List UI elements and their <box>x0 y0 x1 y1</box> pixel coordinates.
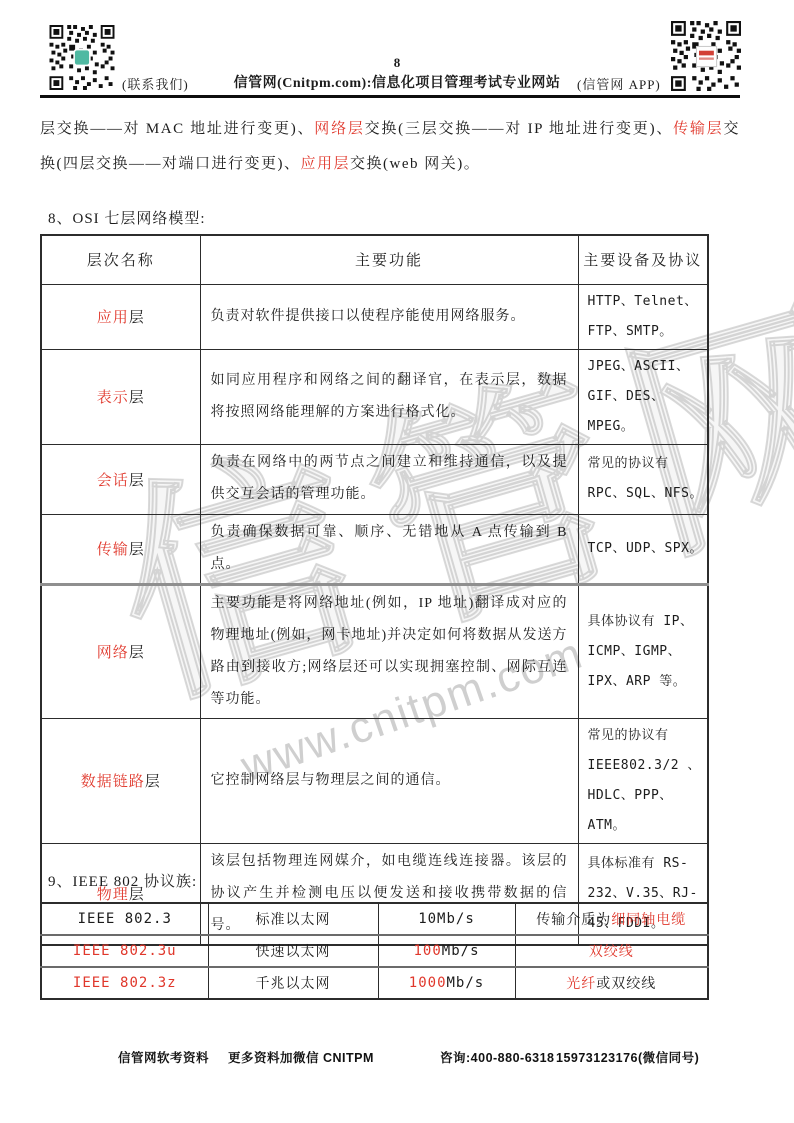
osi-header-function: 主要功能 <box>200 235 578 284</box>
osi-layer-name: 表示层 <box>41 349 200 444</box>
osi-layer-name: 应用层 <box>41 284 200 349</box>
ieee-row-802-3: IEEE 802.3 标准以太网 10Mb/s 传输介质为细同轴电缆 <box>41 903 708 935</box>
document-page: (联系我们) 8 信管网(Cnitpm.com):信息化项目管理考试专业网站 (… <box>0 0 794 1123</box>
layer-name-red: 表示 <box>97 390 129 406</box>
speed-black: Mb/s <box>442 943 480 959</box>
intro-seg: 交换(三层交换――对 IP 地址进行变更)、 <box>365 121 674 137</box>
osi-row-network: 网络层 主要功能是将网络地址(例如，IP 地址)翻译成对应的物理地址(例如，网卡… <box>41 584 708 718</box>
osi-function-cell: 它控制网络层与物理层之间的通信。 <box>200 718 578 843</box>
footer-site-label: 信管网软考资料 <box>118 1048 209 1066</box>
header-divider <box>40 95 740 98</box>
osi-function-cell: 负责对软件提供接口以使程序能使用网络服务。 <box>200 284 578 349</box>
layer-name-red: 网络 <box>97 645 129 661</box>
osi-protocols-cell: TCP、UDP、SPX。 <box>578 514 708 584</box>
osi-protocols-cell: 具体协议有 IP、ICMP、IGMP、IPX、ARP 等。 <box>578 584 708 718</box>
layer-name-suffix: 层 <box>129 390 145 406</box>
osi-row-transport: 传输层 负责确保数据可靠、顺序、无错地从 A 点传输到 B 点。 TCP、UDP… <box>41 514 708 584</box>
osi-layer-name: 网络层 <box>41 584 200 718</box>
medium-prefix: 传输介质为 <box>536 913 611 928</box>
layer-name-red: 数据链路 <box>81 774 145 790</box>
footer-phone: 15973123176(微信同号) <box>556 1048 699 1066</box>
app-qr-code <box>671 20 741 92</box>
osi-layer-name: 数据链路层 <box>41 718 200 843</box>
layer-name-red: 应用 <box>97 310 129 326</box>
speed-red: 1000 <box>409 975 447 991</box>
ieee-speed-cell: 10Mb/s <box>378 903 515 935</box>
layer-name-red: 会话 <box>97 473 129 489</box>
intro-seg-network-layer: 网络层 <box>314 121 364 137</box>
osi-layer-name: 传输层 <box>41 514 200 584</box>
osi-header-layer: 层次名称 <box>41 235 200 284</box>
ieee-802-table: IEEE 802.3 标准以太网 10Mb/s 传输介质为细同轴电缆 IEEE … <box>40 902 709 1000</box>
ieee-name-cell: 千兆以太网 <box>208 967 378 999</box>
osi-function-cell: 负责在网络中的两节点之间建立和维持通信，以及提供交互会话的管理功能。 <box>200 444 578 514</box>
medium-red: 双绞线 <box>589 945 634 960</box>
medium-red: 细同轴电缆 <box>611 913 686 928</box>
layer-name-suffix: 层 <box>129 645 145 661</box>
qr-logo-red-sub <box>699 57 714 59</box>
osi-row-presentation: 表示层 如同应用程序和网络之间的翻译官，在表示层，数据将按照网络能理解的方案进行… <box>41 349 708 444</box>
intro-seg: 交换(web 网关)。 <box>350 156 480 172</box>
qr-logo-frame <box>696 46 716 66</box>
speed-black: 10Mb/s <box>418 911 475 927</box>
footer-wechat-label: 更多资料加微信 CNITPM <box>228 1048 374 1066</box>
app-caption: (信管网 APP) <box>577 74 661 93</box>
ieee-name-cell: 标准以太网 <box>208 903 378 935</box>
osi-row-session: 会话层 负责在网络中的两节点之间建立和维持通信，以及提供交互会话的管理功能。 常… <box>41 444 708 514</box>
ieee-medium-cell: 双绞线 <box>515 935 708 967</box>
layer-name-red: 传输 <box>97 542 129 558</box>
footer-hotline: 咨询:400-880-6318 <box>440 1048 555 1066</box>
ieee-speed-cell: 100Mb/s <box>378 935 515 967</box>
section-8-heading: 8、OSI 七层网络模型: <box>48 207 206 228</box>
ieee-medium-cell: 传输介质为细同轴电缆 <box>515 903 708 935</box>
speed-red: 100 <box>413 943 441 959</box>
intro-seg-transport-layer: 传输层 <box>673 121 723 137</box>
osi-function-cell: 如同应用程序和网络之间的翻译官，在表示层，数据将按照网络能理解的方案进行格式化。 <box>200 349 578 444</box>
osi-header-row: 层次名称 主要功能 主要设备及协议 <box>41 235 708 284</box>
section-9-heading: 9、IEEE 802 协议族: <box>48 870 197 891</box>
osi-layer-name: 会话层 <box>41 444 200 514</box>
ieee-standard-cell: IEEE 802.3 <box>41 903 208 935</box>
ieee-speed-cell: 1000Mb/s <box>378 967 515 999</box>
speed-black: Mb/s <box>447 975 485 991</box>
ieee-row-802-3z: IEEE 802.3z 千兆以太网 1000Mb/s 光纤或双绞线 <box>41 967 708 999</box>
layer-name-suffix: 层 <box>129 310 145 326</box>
osi-table: 层次名称 主要功能 主要设备及协议 应用层 负责对软件提供接口以使程序能使用网络… <box>40 234 709 946</box>
osi-row-application: 应用层 负责对软件提供接口以使程序能使用网络服务。 HTTP、Telnet、FT… <box>41 284 708 349</box>
ieee-name-cell: 快速以太网 <box>208 935 378 967</box>
osi-protocols-cell: 常见的协议有 RPC、SQL、NFS。 <box>578 444 708 514</box>
medium-red: 光纤 <box>566 977 596 992</box>
intro-paragraph: 层交换――对 MAC 地址进行变更)、网络层交换(三层交换――对 IP 地址进行… <box>40 112 740 182</box>
ieee-medium-cell: 光纤或双绞线 <box>515 967 708 999</box>
layer-name-suffix: 层 <box>129 473 145 489</box>
layer-name-suffix: 层 <box>145 774 161 790</box>
osi-header-protocols: 主要设备及协议 <box>578 235 708 284</box>
osi-function-cell: 主要功能是将网络地址(例如，IP 地址)翻译成对应的物理地址(例如，网卡地址)并… <box>200 584 578 718</box>
medium-suffix: 或双绞线 <box>596 977 656 992</box>
ieee-standard-cell: IEEE 802.3z <box>41 967 208 999</box>
osi-protocols-cell: HTTP、Telnet、FTP、SMTP。 <box>578 284 708 349</box>
osi-protocols-cell: 常见的协议有 IEEE802.3/2 、HDLC、PPP、ATM。 <box>578 718 708 843</box>
osi-protocols-cell: JPEG、ASCII、GIF、DES、MPEG。 <box>578 349 708 444</box>
layer-name-suffix: 层 <box>129 542 145 558</box>
osi-row-datalink: 数据链路层 它控制网络层与物理层之间的通信。 常见的协议有 IEEE802.3/… <box>41 718 708 843</box>
ieee-standard-cell: IEEE 802.3u <box>41 935 208 967</box>
intro-seg: 层交换――对 MAC 地址进行变更)、 <box>40 121 314 137</box>
qr-logo-red-mark <box>699 51 714 56</box>
osi-function-cell: 负责确保数据可靠、顺序、无错地从 A 点传输到 B 点。 <box>200 514 578 584</box>
ieee-row-802-3u: IEEE 802.3u 快速以太网 100Mb/s 双绞线 <box>41 935 708 967</box>
intro-seg-application-layer: 应用层 <box>301 156 351 172</box>
